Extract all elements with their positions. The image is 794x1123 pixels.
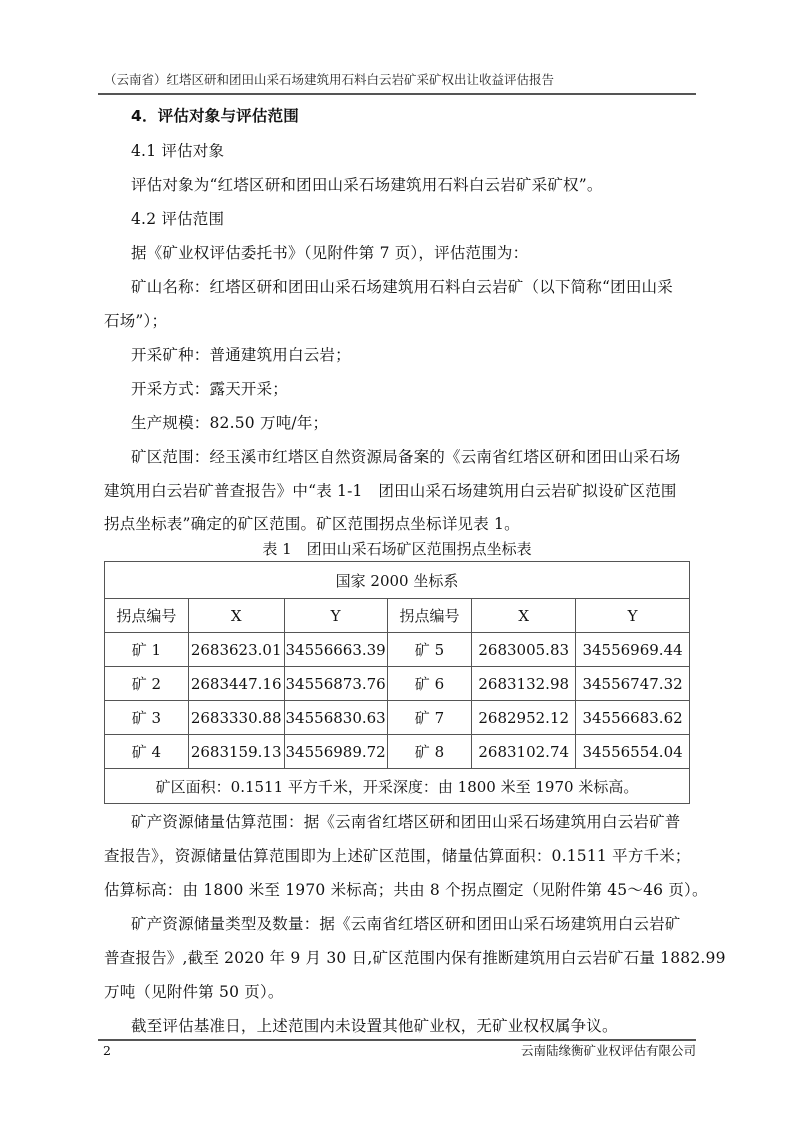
y-coordinate: 34556683.62 — [576, 701, 690, 735]
column-header: 拐点编号 — [387, 599, 472, 633]
point-id: 矿 7 — [387, 701, 472, 735]
mine-name-line2: 石场”）； — [104, 311, 167, 331]
footer-company-name: 云南陆缘衡矿业权评估有限公司 — [521, 1043, 696, 1059]
table-row: 矿 2 2683447.16 34556873.76 矿 6 2683132.9… — [105, 667, 690, 701]
reserve-type-line1: 矿产资源储量类型及数量：据《云南省红塔区研和团田山采石场建筑用白云岩矿 — [131, 914, 681, 934]
point-id: 矿 6 — [387, 667, 472, 701]
table-row: 矿 1 2683623.01 34556663.39 矿 5 2683005.8… — [105, 633, 690, 667]
coordinates-table: 国家 2000 坐标系 拐点编号 X Y 拐点编号 X Y 矿 1 268362… — [104, 561, 690, 804]
table-header-row: 拐点编号 X Y 拐点编号 X Y — [105, 599, 690, 633]
reserve-range-line1: 矿产资源储量估算范围：据《云南省红塔区研和团田山采石场建筑用白云岩矿普 — [131, 812, 681, 832]
point-id: 矿 4 — [105, 735, 189, 769]
section-heading: 4．评估对象与评估范围 — [131, 106, 299, 126]
table-summary: 矿区面积：0.1511 平方千米，开采深度：由 1800 米至 1970 米标高… — [105, 769, 690, 804]
running-header-title: （云南省）红塔区研和团田山采石场建筑用石料白云岩矿采矿权出让收益评估报告 — [104, 72, 694, 88]
subsection-title-scope: 4.2 评估范围 — [131, 209, 224, 229]
mining-area-line3: 拐点坐标表”确定的矿区范围。矿区范围拐点坐标详见表 1。 — [104, 514, 520, 534]
y-coordinate: 34556989.72 — [284, 735, 387, 769]
coordinate-system-label: 国家 2000 坐标系 — [105, 562, 690, 599]
reserve-range-line2: 查报告》，资源储量估算范围即为上述矿区范围，储量估算面积：0.1511 平方千米… — [104, 846, 691, 866]
column-header: Y — [576, 599, 690, 633]
production-scale: 生产规模：82.50 万吨/年； — [131, 413, 328, 433]
y-coordinate: 34556663.39 — [284, 633, 387, 667]
mining-area-line1: 矿区范围：经玉溪市红塔区自然资源局备案的《云南省红塔区研和团田山采石场 — [131, 447, 681, 467]
reserve-range-line3: 估算标高：由 1800 米至 1970 米标高；共由 8 个拐点圈定（见附件第 … — [104, 880, 708, 900]
table-row: 矿 3 2683330.88 34556830.63 矿 7 2682952.1… — [105, 701, 690, 735]
x-coordinate: 2683330.88 — [188, 701, 284, 735]
column-header: X — [472, 599, 576, 633]
point-id: 矿 2 — [105, 667, 189, 701]
point-id: 矿 1 — [105, 633, 189, 667]
y-coordinate: 34556747.32 — [576, 667, 690, 701]
y-coordinate: 34556554.04 — [576, 735, 690, 769]
column-header: Y — [284, 599, 387, 633]
table-caption: 表 1 团田山采石场矿区范围拐点坐标表 — [0, 539, 794, 559]
x-coordinate: 2682952.12 — [472, 701, 576, 735]
point-id: 矿 8 — [387, 735, 472, 769]
x-coordinate: 2683623.01 — [188, 633, 284, 667]
x-coordinate: 2683132.98 — [472, 667, 576, 701]
x-coordinate: 2683159.13 — [188, 735, 284, 769]
footer-divider — [98, 1039, 696, 1041]
closing-statement: 截至评估基准日，上述范围内未设置其他矿业权，无矿业权权属争议。 — [131, 1016, 618, 1036]
reserve-type-line3: 万吨（见附件第 50 页）。 — [104, 982, 284, 1002]
column-header: X — [188, 599, 284, 633]
table-row: 矿 4 2683159.13 34556989.72 矿 8 2683102.7… — [105, 735, 690, 769]
object-paragraph: 评估对象为“红塔区研和团田山采石场建筑用石料白云岩矿采矿权”。 — [131, 175, 603, 195]
x-coordinate: 2683102.74 — [472, 735, 576, 769]
mine-name-line1: 矿山名称：红塔区研和团田山采石场建筑用石料白云岩矿（以下简称“团田山采 — [131, 277, 673, 297]
header-divider — [98, 93, 696, 95]
y-coordinate: 34556873.76 — [284, 667, 387, 701]
point-id: 矿 3 — [105, 701, 189, 735]
scope-intro: 据《矿业权评估委托书》（见附件第 7 页），评估范围为： — [131, 243, 528, 263]
mining-area-line2: 建筑用白云岩矿普查报告》中“表 1-1 团田山采石场建筑用白云岩矿拟设矿区范围 — [104, 481, 677, 501]
reserve-type-line2: 普查报告》,截至 2020 年 9 月 30 日,矿区范围内保有推断建筑用白云岩… — [104, 948, 726, 968]
mining-method: 开采方式：露天开采； — [131, 379, 288, 399]
x-coordinate: 2683005.83 — [472, 633, 576, 667]
y-coordinate: 34556969.44 — [576, 633, 690, 667]
y-coordinate: 34556830.63 — [284, 701, 387, 735]
column-header: 拐点编号 — [105, 599, 189, 633]
mineral-type: 开采矿种：普通建筑用白云岩； — [131, 345, 351, 365]
page-number: 2 — [103, 1043, 111, 1059]
point-id: 矿 5 — [387, 633, 472, 667]
subsection-title-object: 4.1 评估对象 — [131, 141, 224, 161]
x-coordinate: 2683447.16 — [188, 667, 284, 701]
